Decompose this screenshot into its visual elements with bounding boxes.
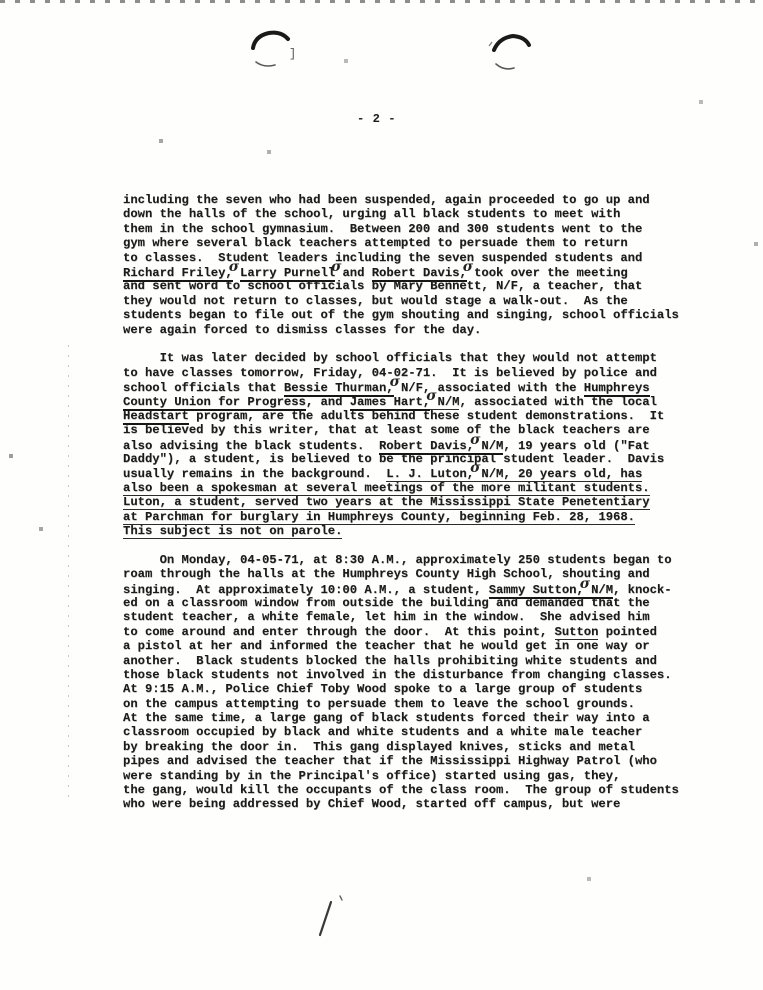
text-segment: , 19 years old ("Fat (503, 439, 649, 453)
text-segment: they would not return to classes, but wo… (123, 294, 628, 308)
text-segment: classroom occupied by black and white st… (123, 725, 642, 739)
text-line: Richard Friley,σ Larry Purnellσ and Robe… (123, 265, 703, 279)
text-segment: to classes. Student leaders including th… (123, 251, 642, 265)
text-segment: to come around and enter through the doo… (123, 625, 555, 639)
text-line: to come around and enter through the doo… (123, 625, 703, 639)
text-segment: ed on a classroom window from outside th… (123, 596, 650, 610)
text-segment: , associated with the local (459, 395, 656, 409)
text-segment: including the seven who had been suspend… (123, 193, 650, 207)
text-segment: roam through the halls at the Humphreys … (123, 567, 650, 581)
underlined-text: at Parchman for burglary in Humphreys Co… (123, 510, 635, 525)
text-line: classroom occupied by black and white st… (123, 725, 703, 739)
text-segment: those black students not involved in the… (123, 668, 672, 682)
text-segment: who were being addressed by Chief Wood, … (123, 797, 620, 811)
text-line: the gang, would kill the occupants of th… (123, 783, 703, 797)
text-line: a pistol at her and informed the teacher… (123, 639, 703, 653)
text-line: It was later decided by school officials… (123, 351, 703, 365)
text-line: At the same time, a large gang of black … (123, 711, 703, 725)
text-segment: on the campus attempting to persuade the… (123, 697, 635, 711)
text-segment: , knock- (613, 583, 672, 597)
text-line: is believed by this writer, that at leas… (123, 423, 703, 437)
underlined-text: also been a spokesman at several meeting… (123, 481, 650, 496)
text-segment: pointed (598, 625, 657, 639)
text-segment: school officials that (123, 381, 284, 395)
text-segment: were standing by in the Principal's offi… (123, 769, 620, 783)
text-line: County Union for Progress, and James Har… (123, 394, 703, 408)
text-line: On Monday, 04-05-71, at 8:30 A.M., appro… (123, 553, 703, 567)
text-segment: N/F, associated with the (394, 381, 584, 395)
text-segment: At the same time, a large gang of black … (123, 711, 650, 725)
text-line: on the campus attempting to persuade the… (123, 697, 703, 711)
text-segment: , and (306, 395, 350, 409)
text-line: Headstart program, are the adults behind… (123, 409, 703, 423)
text-segment: also advising the black students. (123, 439, 379, 453)
text-segment: is believed by this writer, that at leas… (123, 423, 650, 437)
text-line: Luton, a student, served two years at th… (123, 495, 703, 509)
text-segment: another. Black students blocked the hall… (123, 654, 657, 668)
text-segment: were again forced to dismiss classes for… (123, 323, 481, 337)
text-line: students began to file out of the gym sh… (123, 308, 703, 322)
text-line: them in the school gymnasium. Between 20… (123, 222, 703, 236)
underlined-text: Luton, a student, served two years at th… (123, 495, 650, 510)
document-text: including the seven who had been suspend… (123, 193, 703, 826)
text-segment: took over the meeting (467, 266, 628, 280)
text-line: were standing by in the Principal's offi… (123, 769, 703, 783)
page-number: - 2 - (357, 112, 396, 126)
text-line: also been a spokesman at several meeting… (123, 481, 703, 495)
text-line: This subject is not on parole. (123, 524, 703, 538)
text-line: student teacher, a white female, let him… (123, 610, 703, 624)
text-segment: At 9:15 A.M., Police Chief Toby Wood spo… (123, 682, 642, 696)
text-segment: them in the school gymnasium. Between 20… (123, 222, 642, 236)
text-segment: student teacher, a white female, let him… (123, 610, 650, 624)
text-segment: On Monday, 04-05-71, at 8:30 A.M., appro… (123, 553, 672, 567)
text-segment: It was later decided by school officials… (123, 351, 657, 365)
text-line: also advising the black students. Robert… (123, 438, 703, 452)
text-segment: down the halls of the school, urging all… (123, 207, 620, 221)
text-line: they would not return to classes, but wo… (123, 294, 703, 308)
text-segment: the gang, would kill the occupants of th… (123, 783, 679, 797)
text-line: down the halls of the school, urging all… (123, 207, 703, 221)
text-line: gym where several black teachers attempt… (123, 236, 703, 250)
underlined-text: Sutton (555, 625, 599, 640)
text-line: school officials that Bessie Thurman,σ N… (123, 380, 703, 394)
scan-edge-artifact (0, 0, 763, 3)
text-line: by breaking the door in. This gang displ… (123, 740, 703, 754)
handwritten-circle-annotation (487, 31, 537, 79)
text-segment: a pistol at her and informed the teacher… (123, 639, 650, 653)
handwritten-slash-annotation (310, 891, 350, 941)
paragraph: It was later decided by school officials… (123, 351, 703, 538)
text-line: and sent word to school officials by Mar… (123, 279, 703, 293)
text-line: usually remains in the background. L. J.… (123, 466, 703, 480)
text-line: to classes. Student leaders including th… (123, 251, 703, 265)
svg-text:]: ] (289, 47, 296, 61)
text-line: pipes and advised the teacher that if th… (123, 754, 703, 768)
text-segment: singing. At approximately 10:00 A.M., a … (123, 583, 489, 597)
text-line: Daddy"), a student, is believed to be th… (123, 452, 703, 466)
text-line: those black students not involved in the… (123, 668, 703, 682)
paragraph: including the seven who had been suspend… (123, 193, 703, 337)
text-segment: pipes and advised the teacher that if th… (123, 754, 657, 768)
text-line: who were being addressed by Chief Wood, … (123, 797, 703, 811)
text-line: At 9:15 A.M., Police Chief Toby Wood spo… (123, 682, 703, 696)
paragraph: On Monday, 04-05-71, at 8:30 A.M., appro… (123, 553, 703, 812)
text-segment: usually remains in the background. (123, 467, 386, 481)
underlined-text: This subject is not on parole. (123, 524, 342, 539)
text-segment: program, are the adults behind these stu… (189, 409, 664, 423)
text-line: at Parchman for burglary in Humphreys Co… (123, 510, 703, 524)
text-line: to have classes tomorrow, Friday, 04-02-… (123, 366, 703, 380)
handwritten-circle-annotation: ] (245, 27, 297, 77)
text-line: were again forced to dismiss classes for… (123, 323, 703, 337)
text-line: another. Black students blocked the hall… (123, 654, 703, 668)
scanned-document-page: ] - 2 - including the seven who had been… (0, 0, 763, 990)
text-line: ed on a classroom window from outside th… (123, 596, 703, 610)
text-segment: by breaking the door in. This gang displ… (123, 740, 635, 754)
text-segment: Daddy"), a student, is believed to be th… (123, 452, 664, 466)
text-segment: and sent word to school officials by Mar… (123, 279, 642, 293)
text-segment: gym where several black teachers attempt… (123, 236, 628, 250)
paper-fold-artifact (68, 345, 69, 800)
text-line: including the seven who had been suspend… (123, 193, 703, 207)
text-line: roam through the halls at the Humphreys … (123, 567, 703, 581)
text-line: singing. At approximately 10:00 A.M., a … (123, 582, 703, 596)
text-segment: students began to file out of the gym sh… (123, 308, 679, 322)
